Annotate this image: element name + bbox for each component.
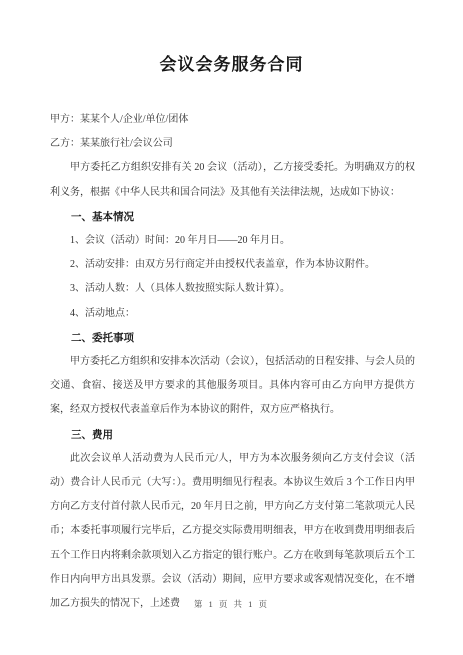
party-b-line: 乙方：某某旅行社/会议公司: [50, 132, 415, 156]
section-3-paragraph: 此次会议单人活动费为人民币元/人，甲方为本次服务须向乙方支付会议（活动）费合计人…: [50, 447, 415, 616]
party-a-line: 甲方：某某个人/企业/单位/团体: [50, 108, 415, 132]
section-1-item-4: 4、活动地点：: [50, 302, 415, 326]
document-page: 会议会务服务合同 甲方：某某个人/企业/单位/团体 乙方：某某旅行社/会议公司 …: [0, 0, 463, 655]
section-1-heading: 一、基本情况: [50, 205, 415, 229]
section-1-item-2: 2、活动安排：由双方另行商定并由授权代表盖章，作为本协议附件。: [50, 253, 415, 277]
page-number-indicator: 第 1 页 共 1 页: [0, 598, 463, 610]
document-title: 会议会务服务合同: [0, 0, 463, 75]
section-2-heading: 二、委托事项: [50, 326, 415, 350]
section-1-item-3: 3、活动人数：人（具体人数按照实际人数计算）。: [50, 277, 415, 301]
section-1-item-1: 1、会议（活动）时间：20 年月日——20 年月日。: [50, 229, 415, 253]
document-body: 甲方：某某个人/企业/单位/团体 乙方：某某旅行社/会议公司 甲方委托乙方组织安…: [0, 75, 463, 616]
section-3-heading: 三、费用: [50, 423, 415, 447]
section-2-paragraph: 甲方委托乙方组织和安排本次活动（会议），包括活动的日程安排、与会人员的交通、食宿…: [50, 350, 415, 423]
preamble-paragraph: 甲方委托乙方组织安排有关 20 会议（活动），乙方接受委托。为明确双方的权利义务…: [50, 156, 415, 204]
